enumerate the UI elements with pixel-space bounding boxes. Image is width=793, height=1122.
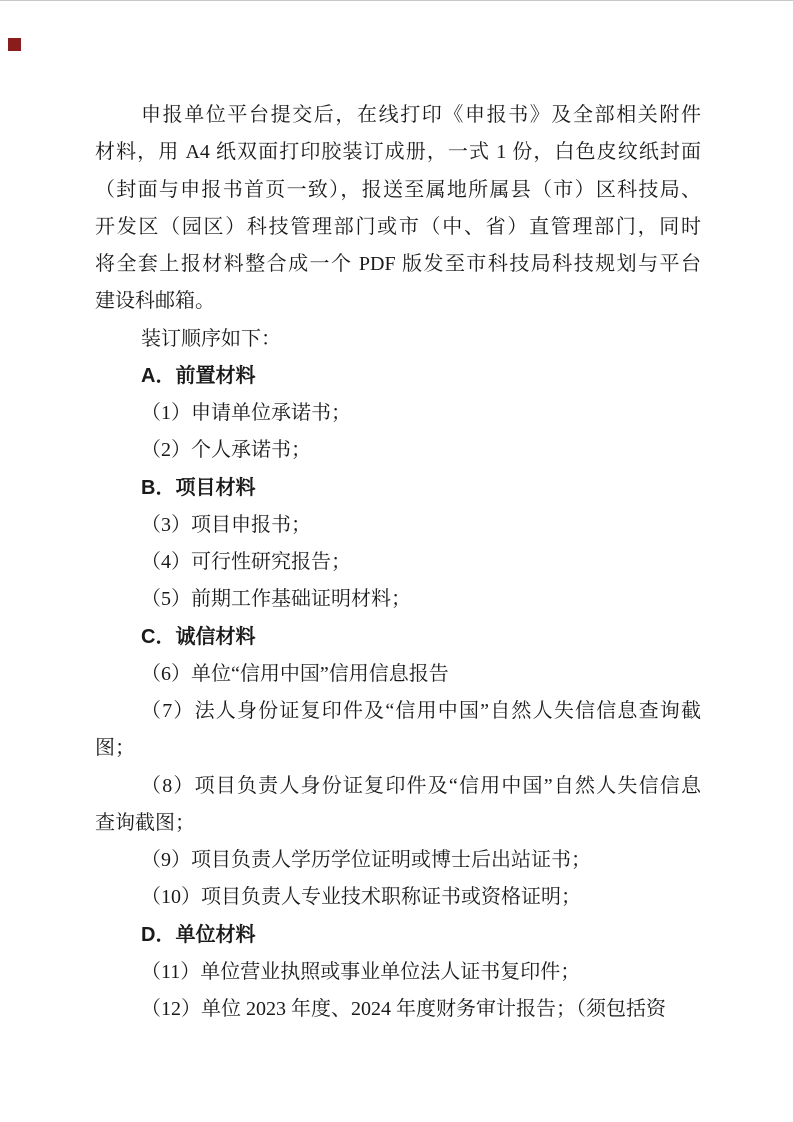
page-top-edge-line: [0, 0, 793, 1]
binding-order-label: 装订顺序如下：: [95, 321, 701, 358]
section-heading: B．项目材料: [95, 470, 701, 507]
document-content: 申报单位平台提交后，在线打印《申报书》及全部相关附件材料，用 A4 纸双面打印胶…: [95, 97, 701, 1028]
paragraph-line: 建设科邮箱。: [95, 283, 701, 320]
red-corner-mark: [8, 38, 21, 51]
list-item-continuation: 图；: [95, 730, 701, 767]
list-item-line: （11）单位营业执照或事业单位法人证书复印件；: [95, 954, 701, 991]
paragraph-line: 将全套上报材料整合成一个 PDF 版发至市科技局科技规划与平台: [95, 246, 701, 283]
paragraph-line: 申报单位平台提交后，在线打印《申报书》及全部相关附件: [95, 97, 701, 134]
list-item-line: （1）申请单位承诺书；: [95, 395, 701, 432]
paragraph-line: （封面与申报书首页一致），报送至属地所属县（市）区科技局、: [95, 172, 701, 209]
list-item-line: （8）项目负责人身份证复印件及“信用中国”自然人失信信息: [95, 768, 701, 805]
paragraph-line: 开发区（园区）科技管理部门或市（中、省）直管理部门，同时: [95, 209, 701, 246]
list-item-line: （10）项目负责人专业技术职称证书或资格证明；: [95, 879, 701, 916]
list-item-line: （5）前期工作基础证明材料；: [95, 581, 701, 618]
section-heading: D．单位材料: [95, 917, 701, 954]
list-item-line: （2）个人承诺书；: [95, 432, 701, 469]
list-item-continuation: 查询截图；: [95, 805, 701, 842]
list-item-line: （9）项目负责人学历学位证明或博士后出站证书；: [95, 842, 701, 879]
list-item-line: （6）单位“信用中国”信用信息报告: [95, 656, 701, 693]
list-item-line: （7）法人身份证复印件及“信用中国”自然人失信信息查询截: [95, 693, 701, 730]
section-heading: C．诚信材料: [95, 619, 701, 656]
document-page: 申报单位平台提交后，在线打印《申报书》及全部相关附件材料，用 A4 纸双面打印胶…: [0, 0, 793, 1122]
section-heading: A．前置材料: [95, 358, 701, 395]
list-item-line: （3）项目申报书；: [95, 507, 701, 544]
paragraph-line: 材料，用 A4 纸双面打印胶装订成册，一式 1 份，白色皮纹纸封面: [95, 134, 701, 171]
list-item-line: （12）单位 2023 年度、2024 年度财务审计报告；（须包括资: [95, 991, 701, 1028]
list-item-line: （4）可行性研究报告；: [95, 544, 701, 581]
